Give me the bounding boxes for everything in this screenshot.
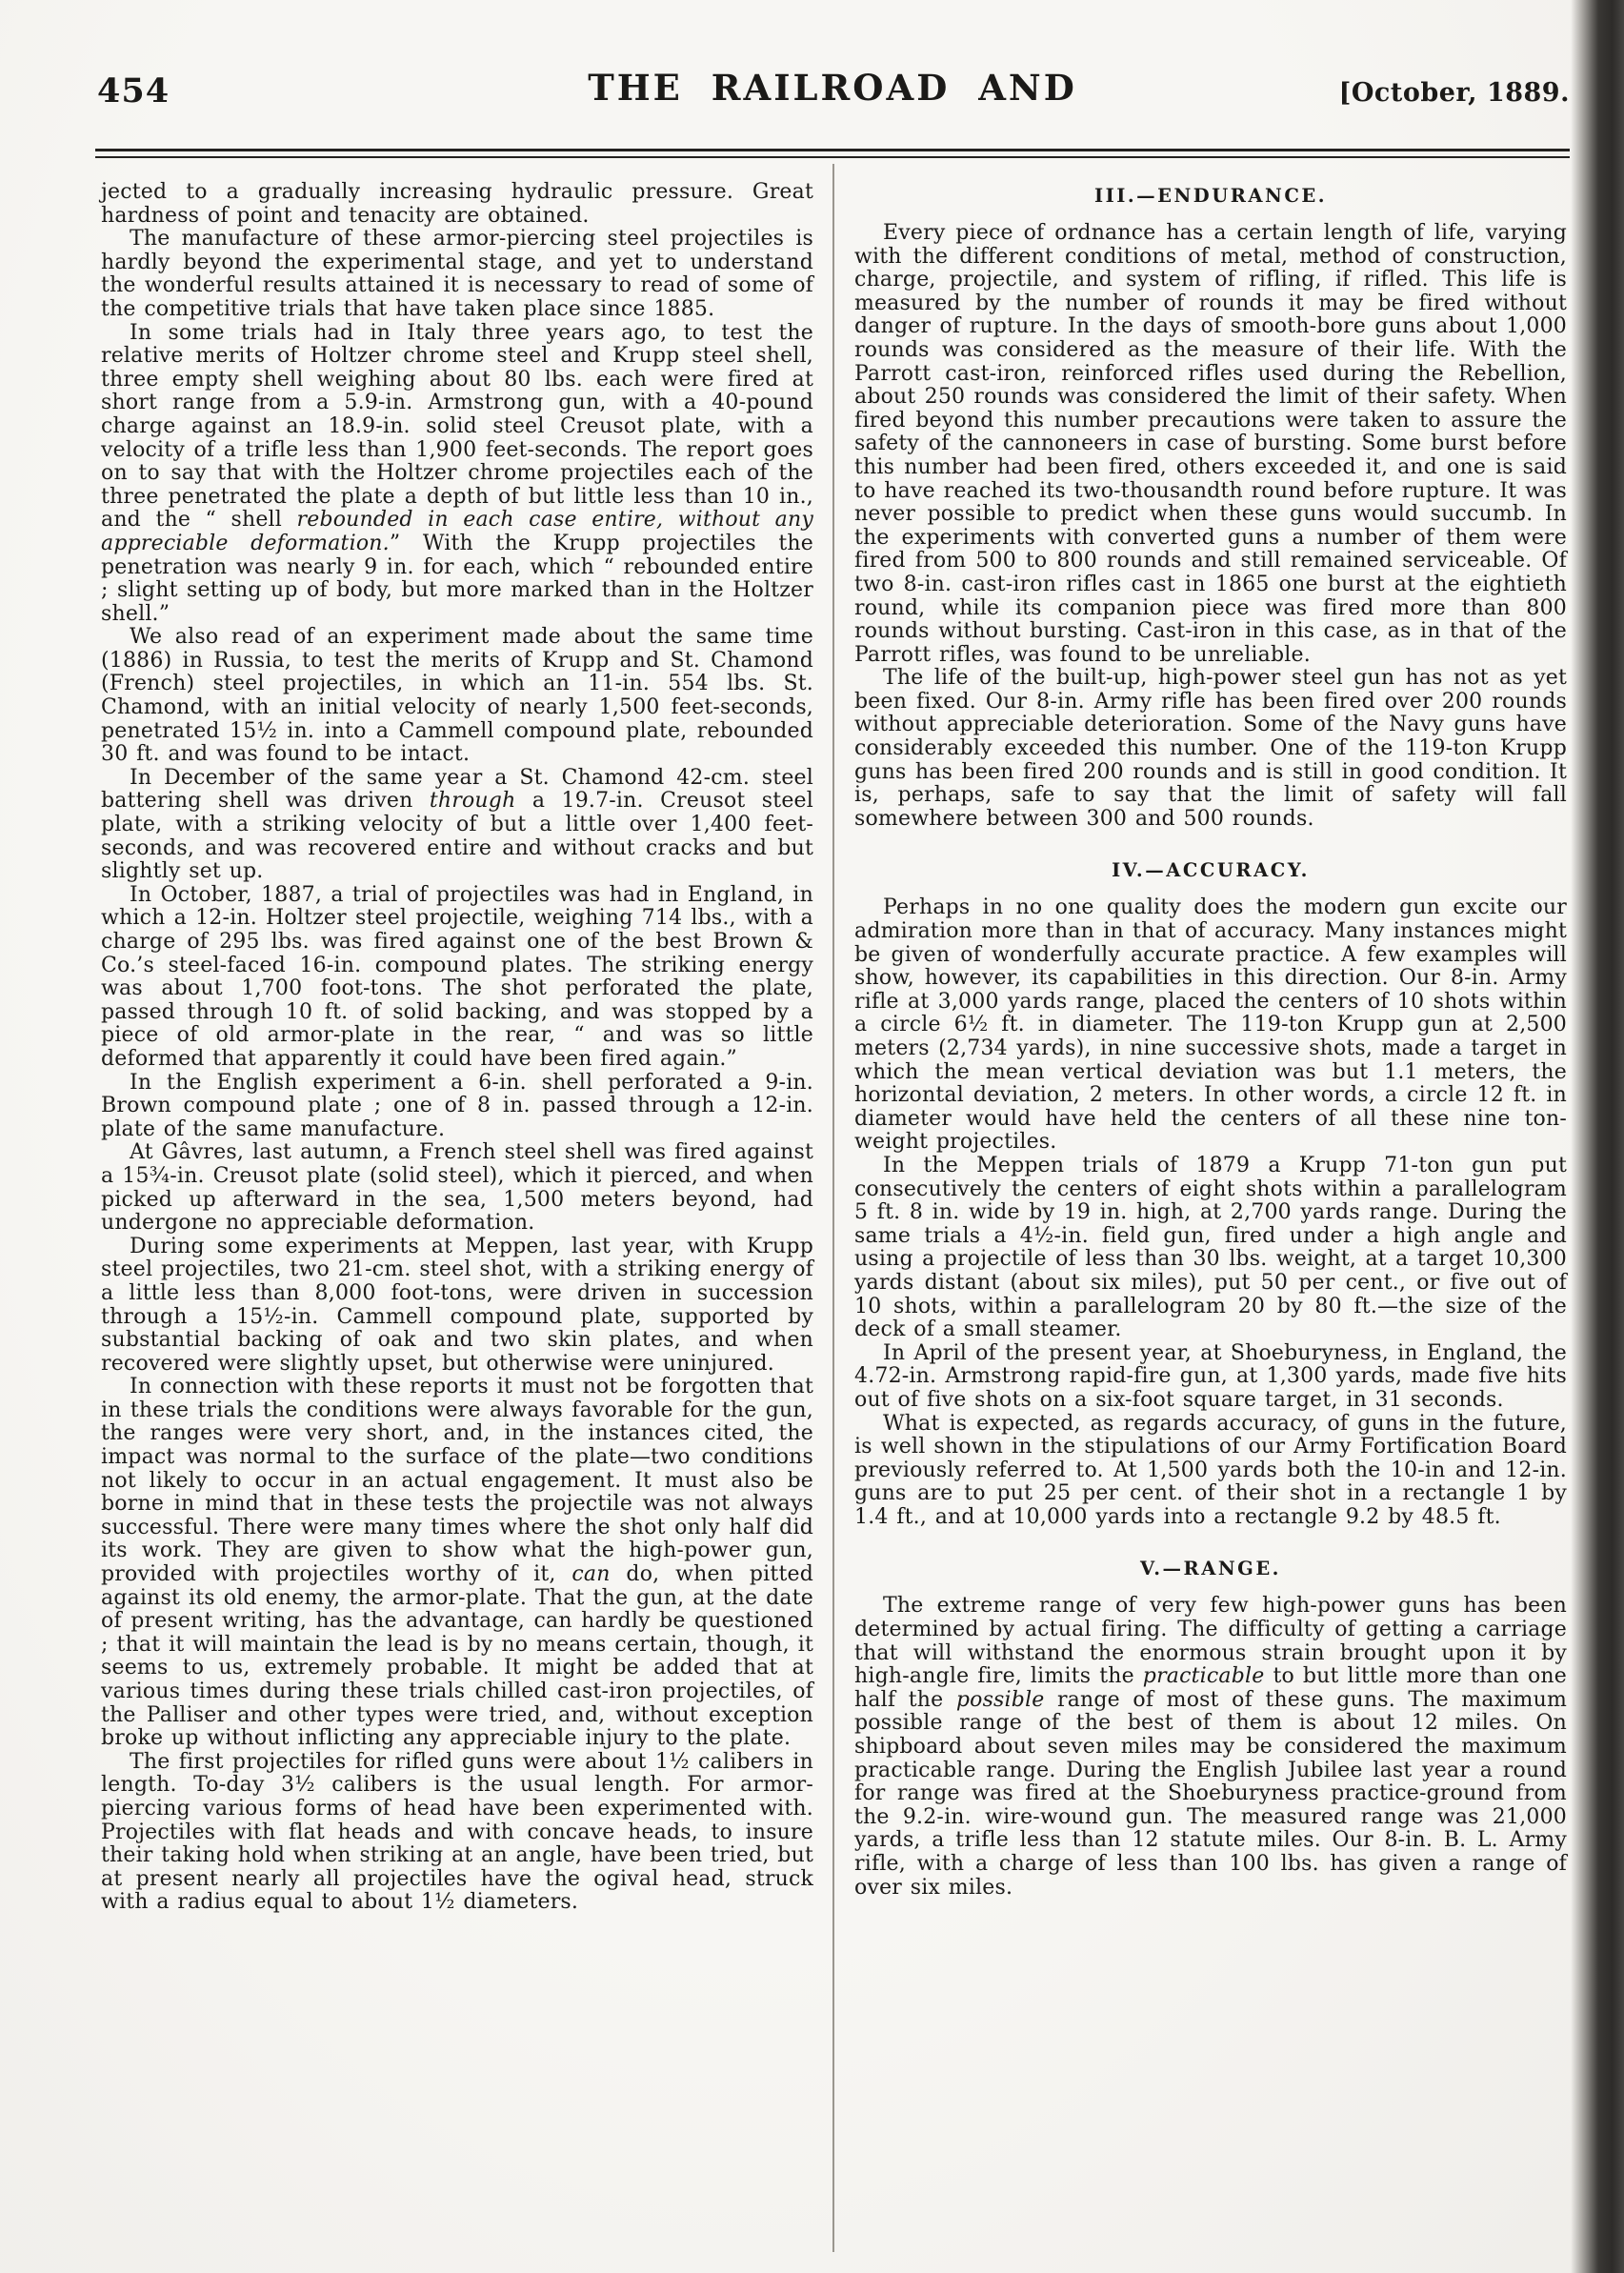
page-number: 454: [97, 71, 170, 111]
paragraph: The extreme range of very few high-power…: [854, 1595, 1567, 1900]
paragraph: In the English experiment a 6-in. shell …: [101, 1072, 813, 1142]
paragraph: In the Meppen trials of 1879 a Krupp 71-…: [854, 1155, 1567, 1342]
paragraph: The manufacture of these armor-piercing …: [101, 228, 813, 321]
paragraph: In some trials had in Italy three years …: [101, 322, 813, 627]
section-heading: V.—RANGE.: [854, 1558, 1567, 1579]
issue-date: [October, 1889.: [1339, 78, 1570, 108]
right-column: III.—ENDURANCE.Every piece of ordnance h…: [854, 181, 1567, 1900]
paragraph: The life of the built-up, high-power ste…: [854, 667, 1567, 831]
paragraph: What is expected, as regards accuracy, o…: [854, 1413, 1567, 1530]
paragraph: In October, 1887, a trial of projectiles…: [101, 884, 813, 1072]
paragraph: In April of the present year, at Shoebur…: [854, 1342, 1567, 1413]
page-edge-shadow: [1571, 0, 1624, 2273]
paragraph: jected to a gradually increasing hydraul…: [101, 181, 813, 228]
header-rule: [95, 149, 1570, 158]
paragraph: In December of the same year a St. Chamo…: [101, 767, 813, 884]
paragraph: During some experiments at Meppen, last …: [101, 1236, 813, 1377]
journal-title: THE RAILROAD AND: [588, 67, 1077, 109]
paragraph: Perhaps in no one quality does the moder…: [854, 896, 1567, 1155]
page-header: 454 THE RAILROAD AND [October, 1889.: [95, 61, 1570, 111]
paragraph: In connection with these reports it must…: [101, 1376, 813, 1751]
column-divider: [832, 164, 834, 2252]
section-heading: IV.—ACCURACY.: [854, 859, 1567, 881]
left-column: jected to a gradually increasing hydraul…: [101, 181, 813, 1915]
section-heading: III.—ENDURANCE.: [854, 185, 1567, 207]
paragraph: The first projectiles for rifled guns we…: [101, 1751, 813, 1915]
paragraph: We also read of an experiment made about…: [101, 626, 813, 767]
paragraph: Every piece of ordnance has a certain le…: [854, 222, 1567, 667]
scanned-page: 454 THE RAILROAD AND [October, 1889. jec…: [0, 0, 1624, 2273]
paragraph: At Gâvres, last autumn, a French steel s…: [101, 1141, 813, 1235]
